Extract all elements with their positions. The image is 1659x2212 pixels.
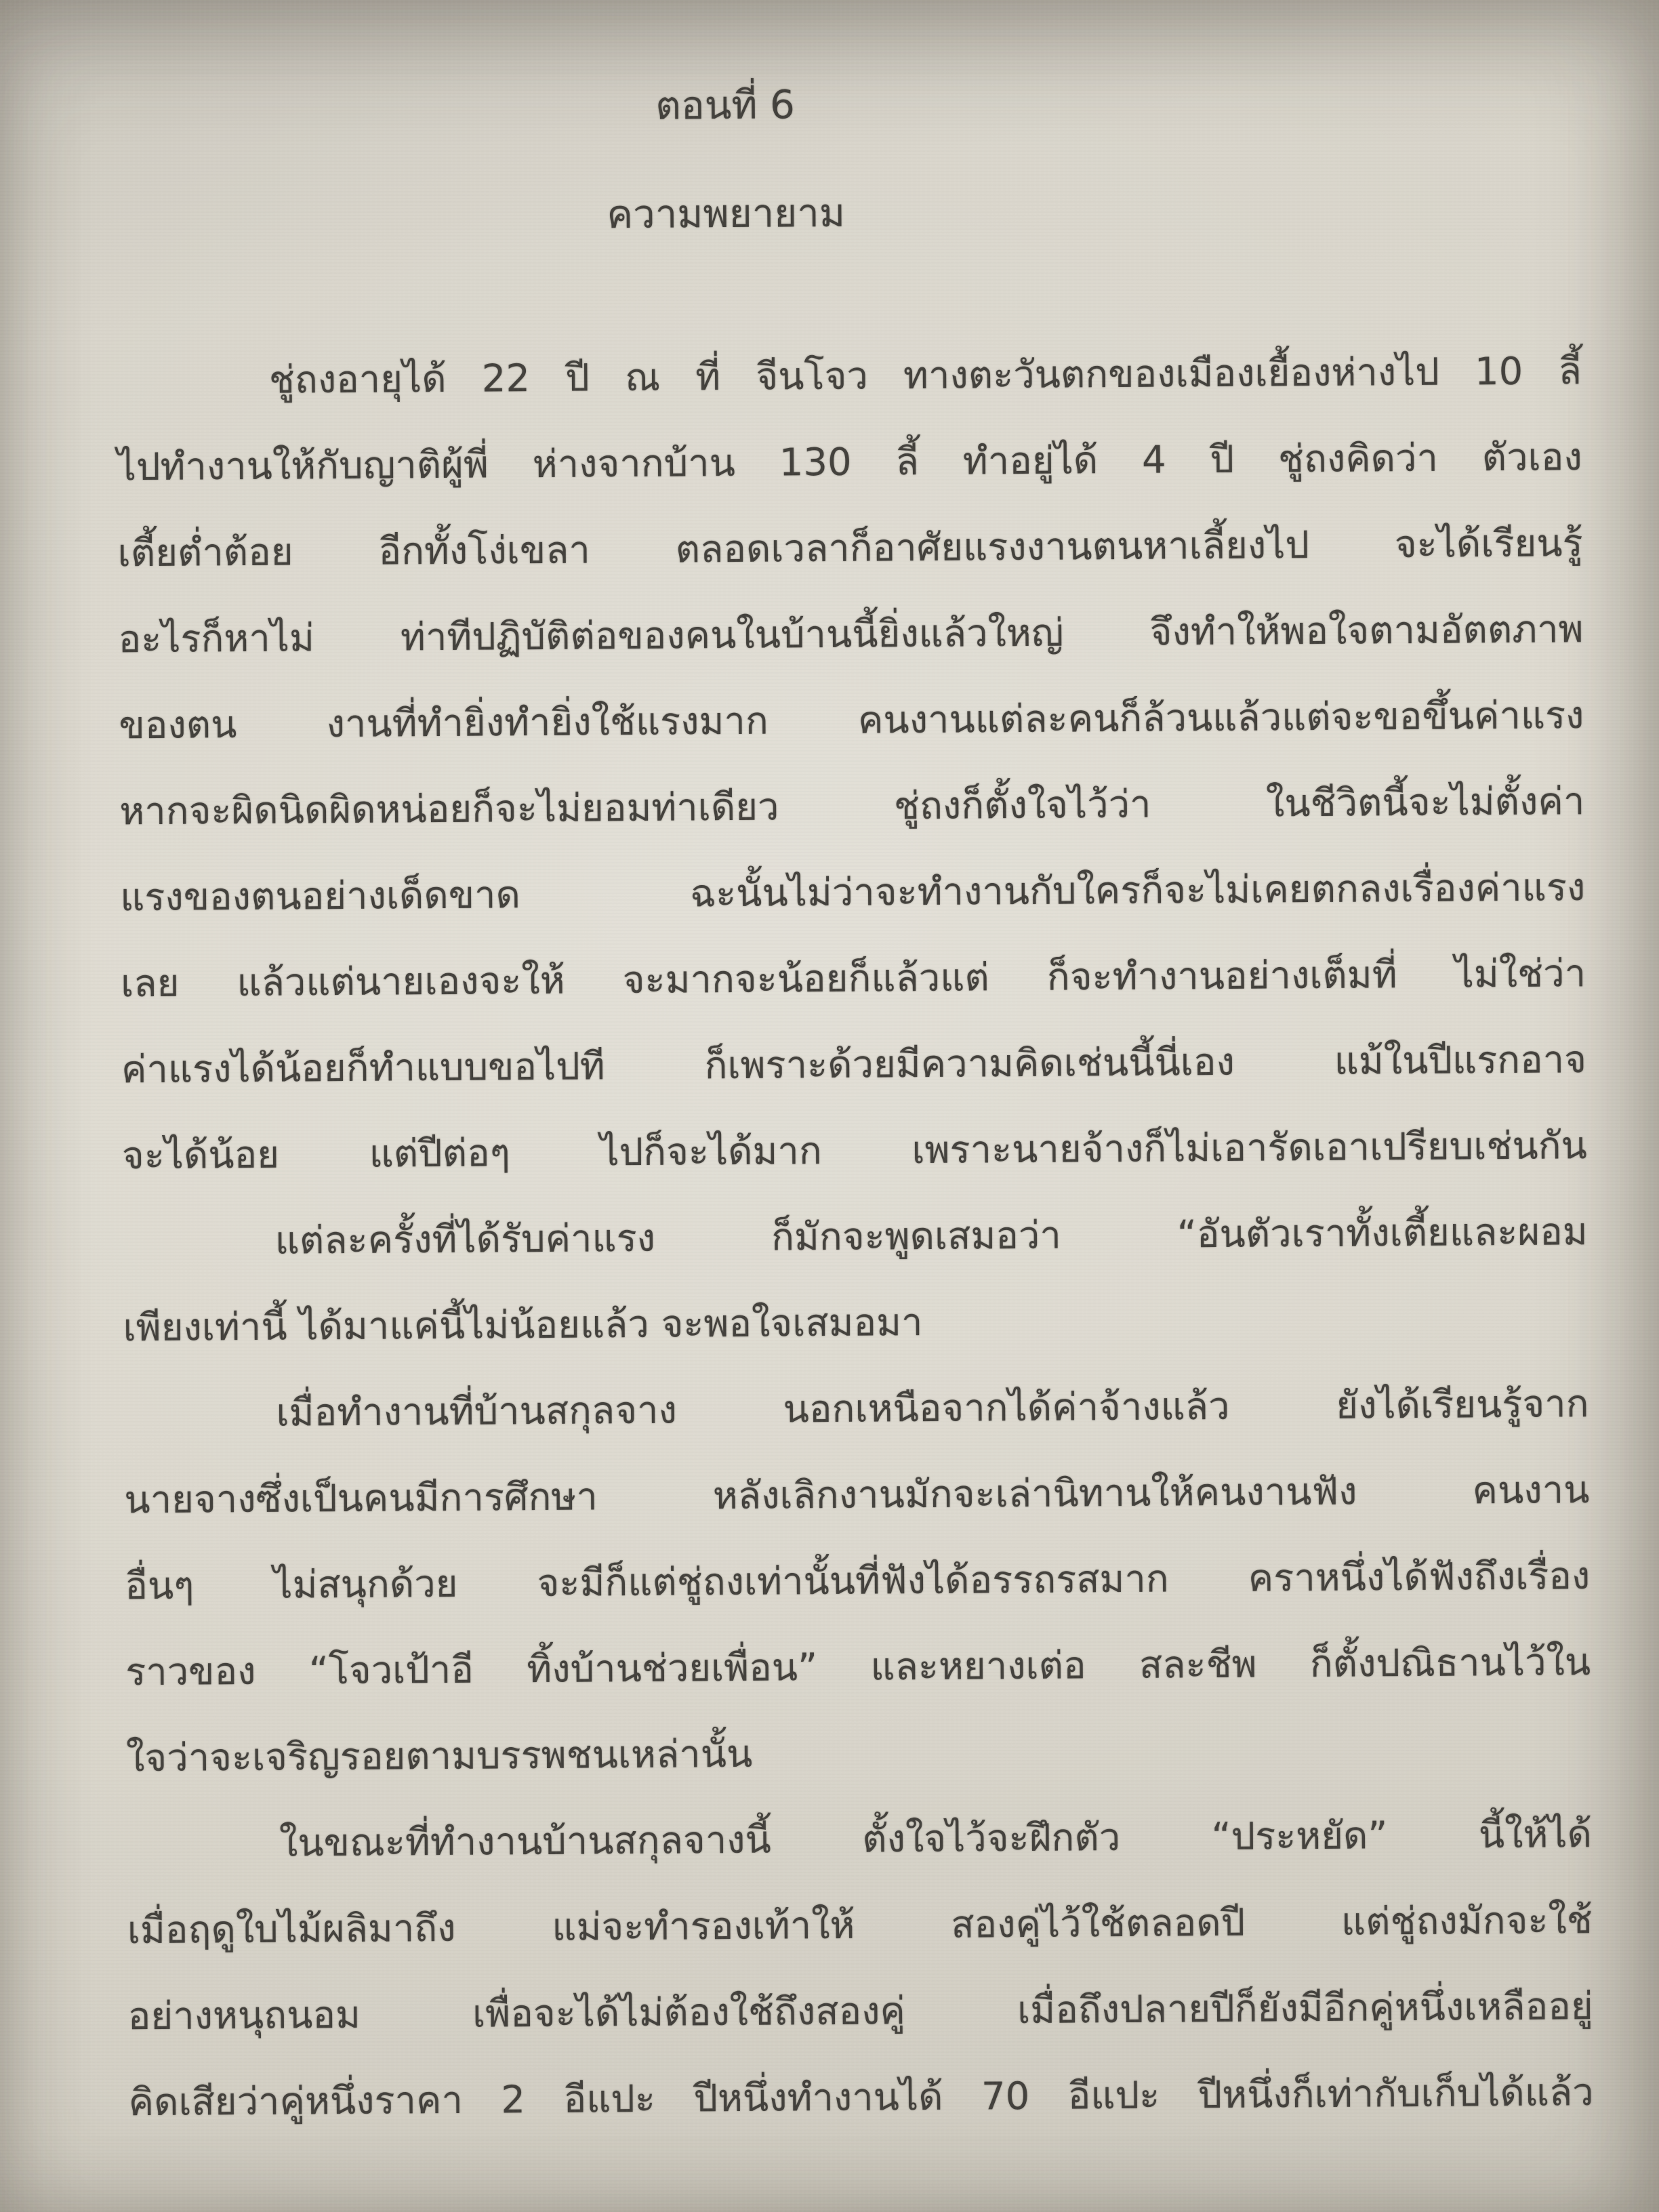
text-line: ชู่ถงอายุได้ 22 ปี ณ ที่ จีนโจว ทางตะวัน… bbox=[116, 328, 1582, 424]
text-line: เมื่อฤดูใบไม้ผลิมาถึง แม่จะทำรองเท้าให้ … bbox=[127, 1877, 1593, 1973]
text-line: ของตน งานที่ทำยิ่งทำยิ่งใช้แรงมาก คนงานแ… bbox=[119, 672, 1584, 769]
text-line: เลย แล้วแต่นายเองจะให้ จะมากจะน้อยก็แล้ว… bbox=[121, 930, 1586, 1027]
text-line: หากจะผิดนิดผิดหน่อยก็จะไม่ยอมท่าเดียว ชู… bbox=[119, 758, 1585, 855]
text-line: นายจางซึ่งเป็นคนมีการศึกษา หลังเลิกงานมั… bbox=[124, 1447, 1590, 1543]
paragraph-1: ชู่ถงอายุได้ 22 ปี ณ ที่ จีนโจว ทางตะวัน… bbox=[116, 328, 1587, 1199]
text-line: อะไรก็หาไม่ ท่าทีปฏิบัติต่อของคนในบ้านนี… bbox=[118, 586, 1584, 682]
text-line: แต่ละครั้งที่ได้รับค่าแรง ก็มักจะพูดเสมอ… bbox=[122, 1189, 1588, 1285]
paragraph-2: แต่ละครั้งที่ได้รับค่าแรง ก็มักจะพูดเสมอ… bbox=[122, 1189, 1589, 1371]
page-content: ตอนที่ 6 ความพยายาม ชู่ถงอายุได้ 22 ปี ณ… bbox=[0, 0, 1659, 2146]
chapter-title: ความพยายาม bbox=[115, 169, 1581, 255]
text-line: อย่างหนุถนอม เพื่อจะได้ไม่ต้องใช้ถึงสองค… bbox=[127, 1963, 1593, 2060]
text-line: เตี้ยต่ำต้อย อีกทั้งโง่เขลา ตลอดเวลาก็อา… bbox=[117, 500, 1583, 596]
text-line: จะได้น้อย แต่ปีต่อๆ ไปก็จะได้มาก เพราะนา… bbox=[121, 1103, 1587, 1199]
text-line: คิดเสียว่าคู่หนึ่งราคา 2 อีแปะ ปีหนึ่งทำ… bbox=[128, 2049, 1594, 2146]
paragraph-4: ในขณะที่ทำงานบ้านสกุลจางนี้ ตั้งใจไว้จะฝ… bbox=[127, 1791, 1594, 2146]
book-page-photo: ตอนที่ 6 ความพยายาม ชู่ถงอายุได้ 22 ปี ณ… bbox=[0, 0, 1659, 2212]
text-line: ค่าแรงได้น้อยก็ทำแบบขอไปที ก็เพราะด้วยมี… bbox=[121, 1017, 1587, 1113]
chapter-label: ตอนที่ 6 bbox=[115, 61, 1580, 147]
text-line: ในขณะที่ทำงานบ้านสกุลจางนี้ ตั้งใจไว้จะฝ… bbox=[127, 1791, 1593, 1887]
body-text: ชู่ถงอายุได้ 22 ปี ณ ที่ จีนโจว ทางตะวัน… bbox=[116, 328, 1594, 2146]
paragraph-3: เมื่อทำงานที่บ้านสกุลจาง นอกเหนือจากได้ค… bbox=[123, 1361, 1591, 1801]
text-line: แรงของตนอย่างเด็ดขาด ฉะนั้นไม่ว่าจะทำงาน… bbox=[120, 844, 1586, 941]
text-line: เพียงเท่านี้ ได้มาแค่นี้ไม่น้อยแล้ว จะพอ… bbox=[123, 1275, 1589, 1371]
text-line: ใจว่าจะเจริญรอยตามบรรพชนเหล่านั้น bbox=[126, 1705, 1592, 1801]
text-line: เมื่อทำงานที่บ้านสกุลจาง นอกเหนือจากได้ค… bbox=[123, 1361, 1589, 1457]
text-line: ราวของ “โจวเป้าอี ทิ้งบ้านช่วยเพื่อน” แล… bbox=[125, 1619, 1591, 1715]
text-line: ไปทำงานให้กับญาติผู้พี่ ห่างจากบ้าน 130 … bbox=[117, 414, 1582, 510]
text-line: อื่นๆ ไม่สนุกด้วย จะมีก็แต่ชู่ถงเท่านั้น… bbox=[125, 1533, 1591, 1629]
